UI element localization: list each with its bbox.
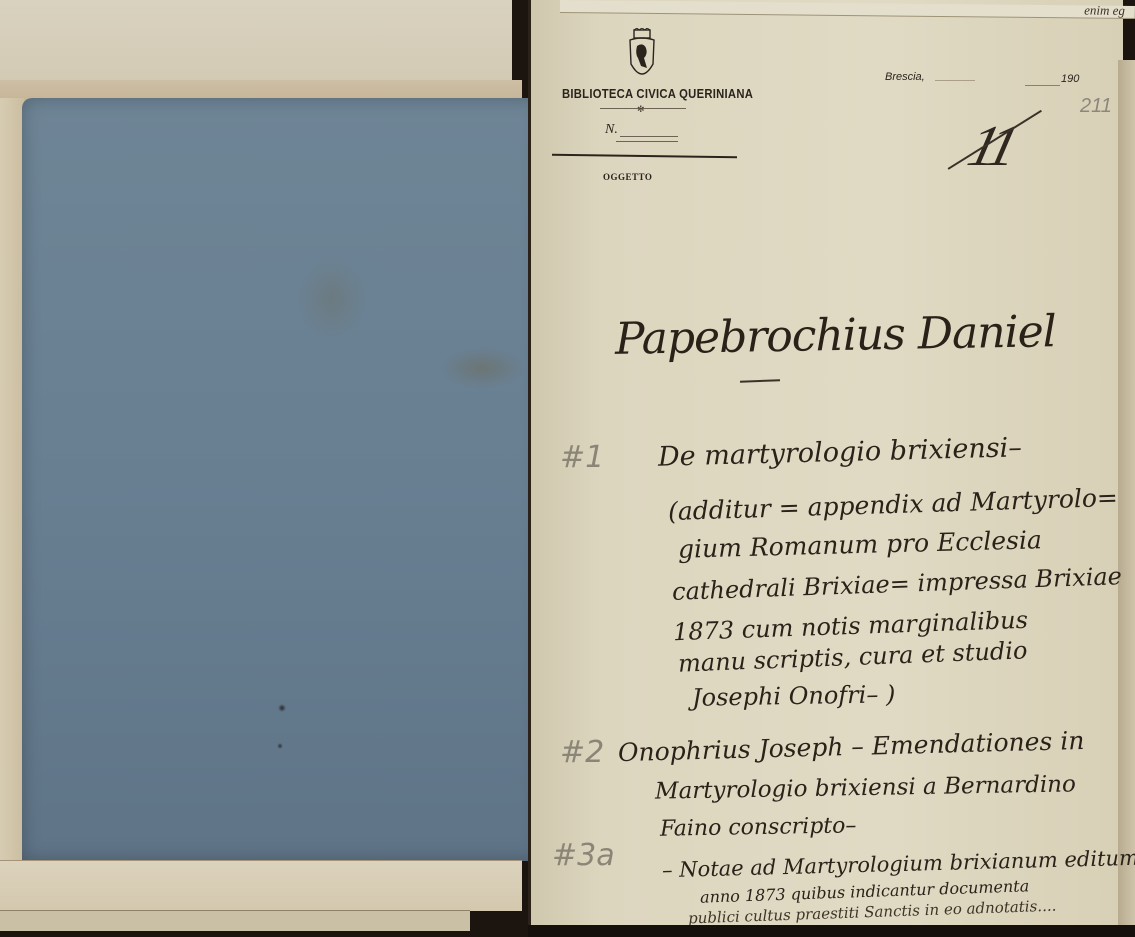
binding-strip	[0, 98, 24, 868]
entry-marker: #1	[560, 440, 604, 475]
year-prefix: 190	[1061, 73, 1079, 85]
place-label: Brescia,	[885, 71, 925, 83]
blue-folder-cover	[22, 98, 540, 861]
author-heading: Papebrochius Daniel	[615, 306, 1057, 365]
underlying-sheet-edge	[1118, 60, 1135, 930]
number-field-line	[620, 136, 678, 137]
lion-crest-icon	[627, 28, 657, 84]
paper-edge-bottom	[0, 860, 522, 911]
bottom-sheet-edge	[0, 910, 470, 931]
entry-line: Faino conscripto–	[660, 813, 857, 841]
subject-label: OGGETTO	[603, 172, 652, 182]
entry-line: Josephi Onofri– )	[692, 680, 896, 712]
entry-marker: #2	[560, 735, 604, 770]
left-top-sheet	[0, 0, 512, 84]
institution-name: BIBLIOTECA CIVICA QUERINIANA	[562, 87, 753, 101]
number-field-underline	[616, 141, 678, 142]
date-line	[935, 80, 975, 81]
top-slip-text: enim eg	[1084, 2, 1125, 18]
torn-bottom-edge	[528, 925, 1135, 937]
pencil-folio-number: 211	[1080, 95, 1112, 118]
entry-marker: #3a	[552, 838, 615, 873]
number-field-label: N.	[605, 122, 618, 138]
ornament-star-icon: ✻	[637, 104, 645, 115]
year-line	[1025, 85, 1060, 86]
